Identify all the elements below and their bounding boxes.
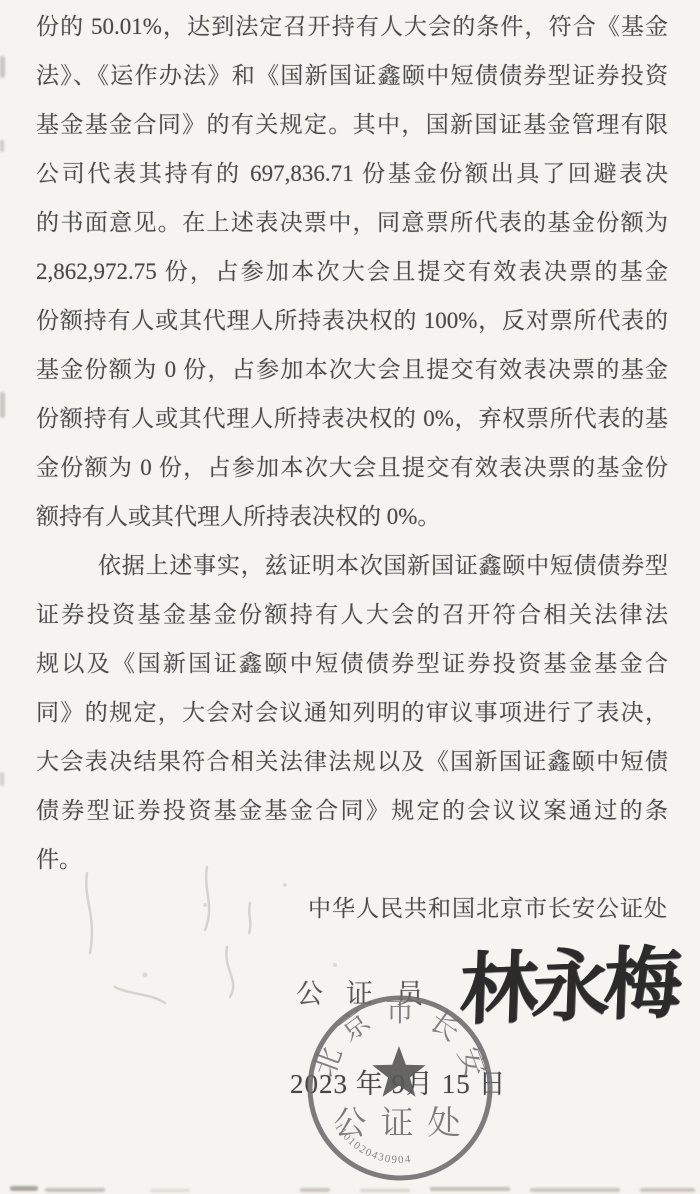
scan-artifact: [0, 772, 4, 786]
document-line: 规以及《国新国证鑫颐中短债债券型证券投资基金基金合: [36, 639, 668, 688]
scan-artifact: [0, 56, 5, 78]
document-line: 的书面意见。在上述表决票中，同意票所代表的基金份额为: [36, 198, 668, 247]
seal-ring-char: 京: [334, 1004, 377, 1048]
document-line: 额持有人或其代理人所持表决权的 0%。: [36, 492, 668, 541]
document-line: 大会表决结果符合相关法律法规以及《国新国证鑫颐中短债: [36, 737, 668, 786]
document-body: 份的 50.01%，达到法定召开持有人大会的条件，符合《基金法》、《运作办法》和…: [36, 2, 668, 933]
notary-signature: 林永梅: [458, 920, 678, 1040]
star-icon: [372, 1046, 425, 1097]
scan-artifact: [430, 1187, 510, 1191]
scan-artifact: [0, 392, 5, 418]
document-line: 法》、《运作办法》和《国新国证鑫颐中短债债券型证券投资: [36, 51, 668, 100]
notarial-certificate-page: 份的 50.01%，达到法定召开持有人大会的条件，符合《基金法》、《运作办法》和…: [0, 0, 700, 1194]
document-line: 同》的规定，大会对会议通知列明的审议事项进行了表决，: [36, 688, 668, 737]
scan-artifact: [360, 1189, 410, 1192]
scan-artifact: [530, 1188, 620, 1192]
document-line: 依据上述事实，兹证明本次国新国证鑫颐中短债债券型: [36, 541, 668, 590]
document-line: 基金份额为 0 份，占参加本次大会且提交有效表决票的基金: [36, 345, 668, 394]
scan-artifact: [640, 1188, 695, 1192]
seal-ring-char: 市: [385, 995, 414, 1028]
document-line: 证券投资基金基金份额持有人大会的召开符合相关法律法: [36, 590, 668, 639]
document-line: 份的 50.01%，达到法定召开持有人大会的条件，符合《基金: [36, 2, 668, 51]
scan-artifact: [150, 1189, 190, 1192]
document-line: 金份额为 0 份，占参加本次大会且提交有效表决票的基金份: [36, 443, 668, 492]
document-line: 债券型证券投资基金基金合同》规定的会议议案通过的条: [36, 786, 668, 835]
document-line: 公司代表其持有的 697,836.71 份基金份额出具了回避表决: [36, 149, 668, 198]
scan-artifact: [0, 140, 4, 152]
seal-ring-char: 安: [451, 1043, 492, 1082]
scan-artifact: [45, 1188, 105, 1192]
document-line: 份额持有人或其代理人所持表决权的 100%，反对票所代表的: [36, 296, 668, 345]
seal-ring-char: 北: [309, 1043, 349, 1081]
seal-office-name: 公证处: [334, 1105, 475, 1142]
scan-artifact: [10, 1186, 38, 1191]
document-line: 份额持有人或其代理人所持表决权的 0%，弃权票所代表的基: [36, 394, 668, 443]
scan-artifact: [300, 1188, 330, 1192]
document-line: 2,862,972.75 份，占参加本次大会且提交有效表决票的基金: [36, 247, 668, 296]
document-line: 基金基金合同》的有关规定。其中，国新国证基金管理有限: [36, 100, 668, 149]
